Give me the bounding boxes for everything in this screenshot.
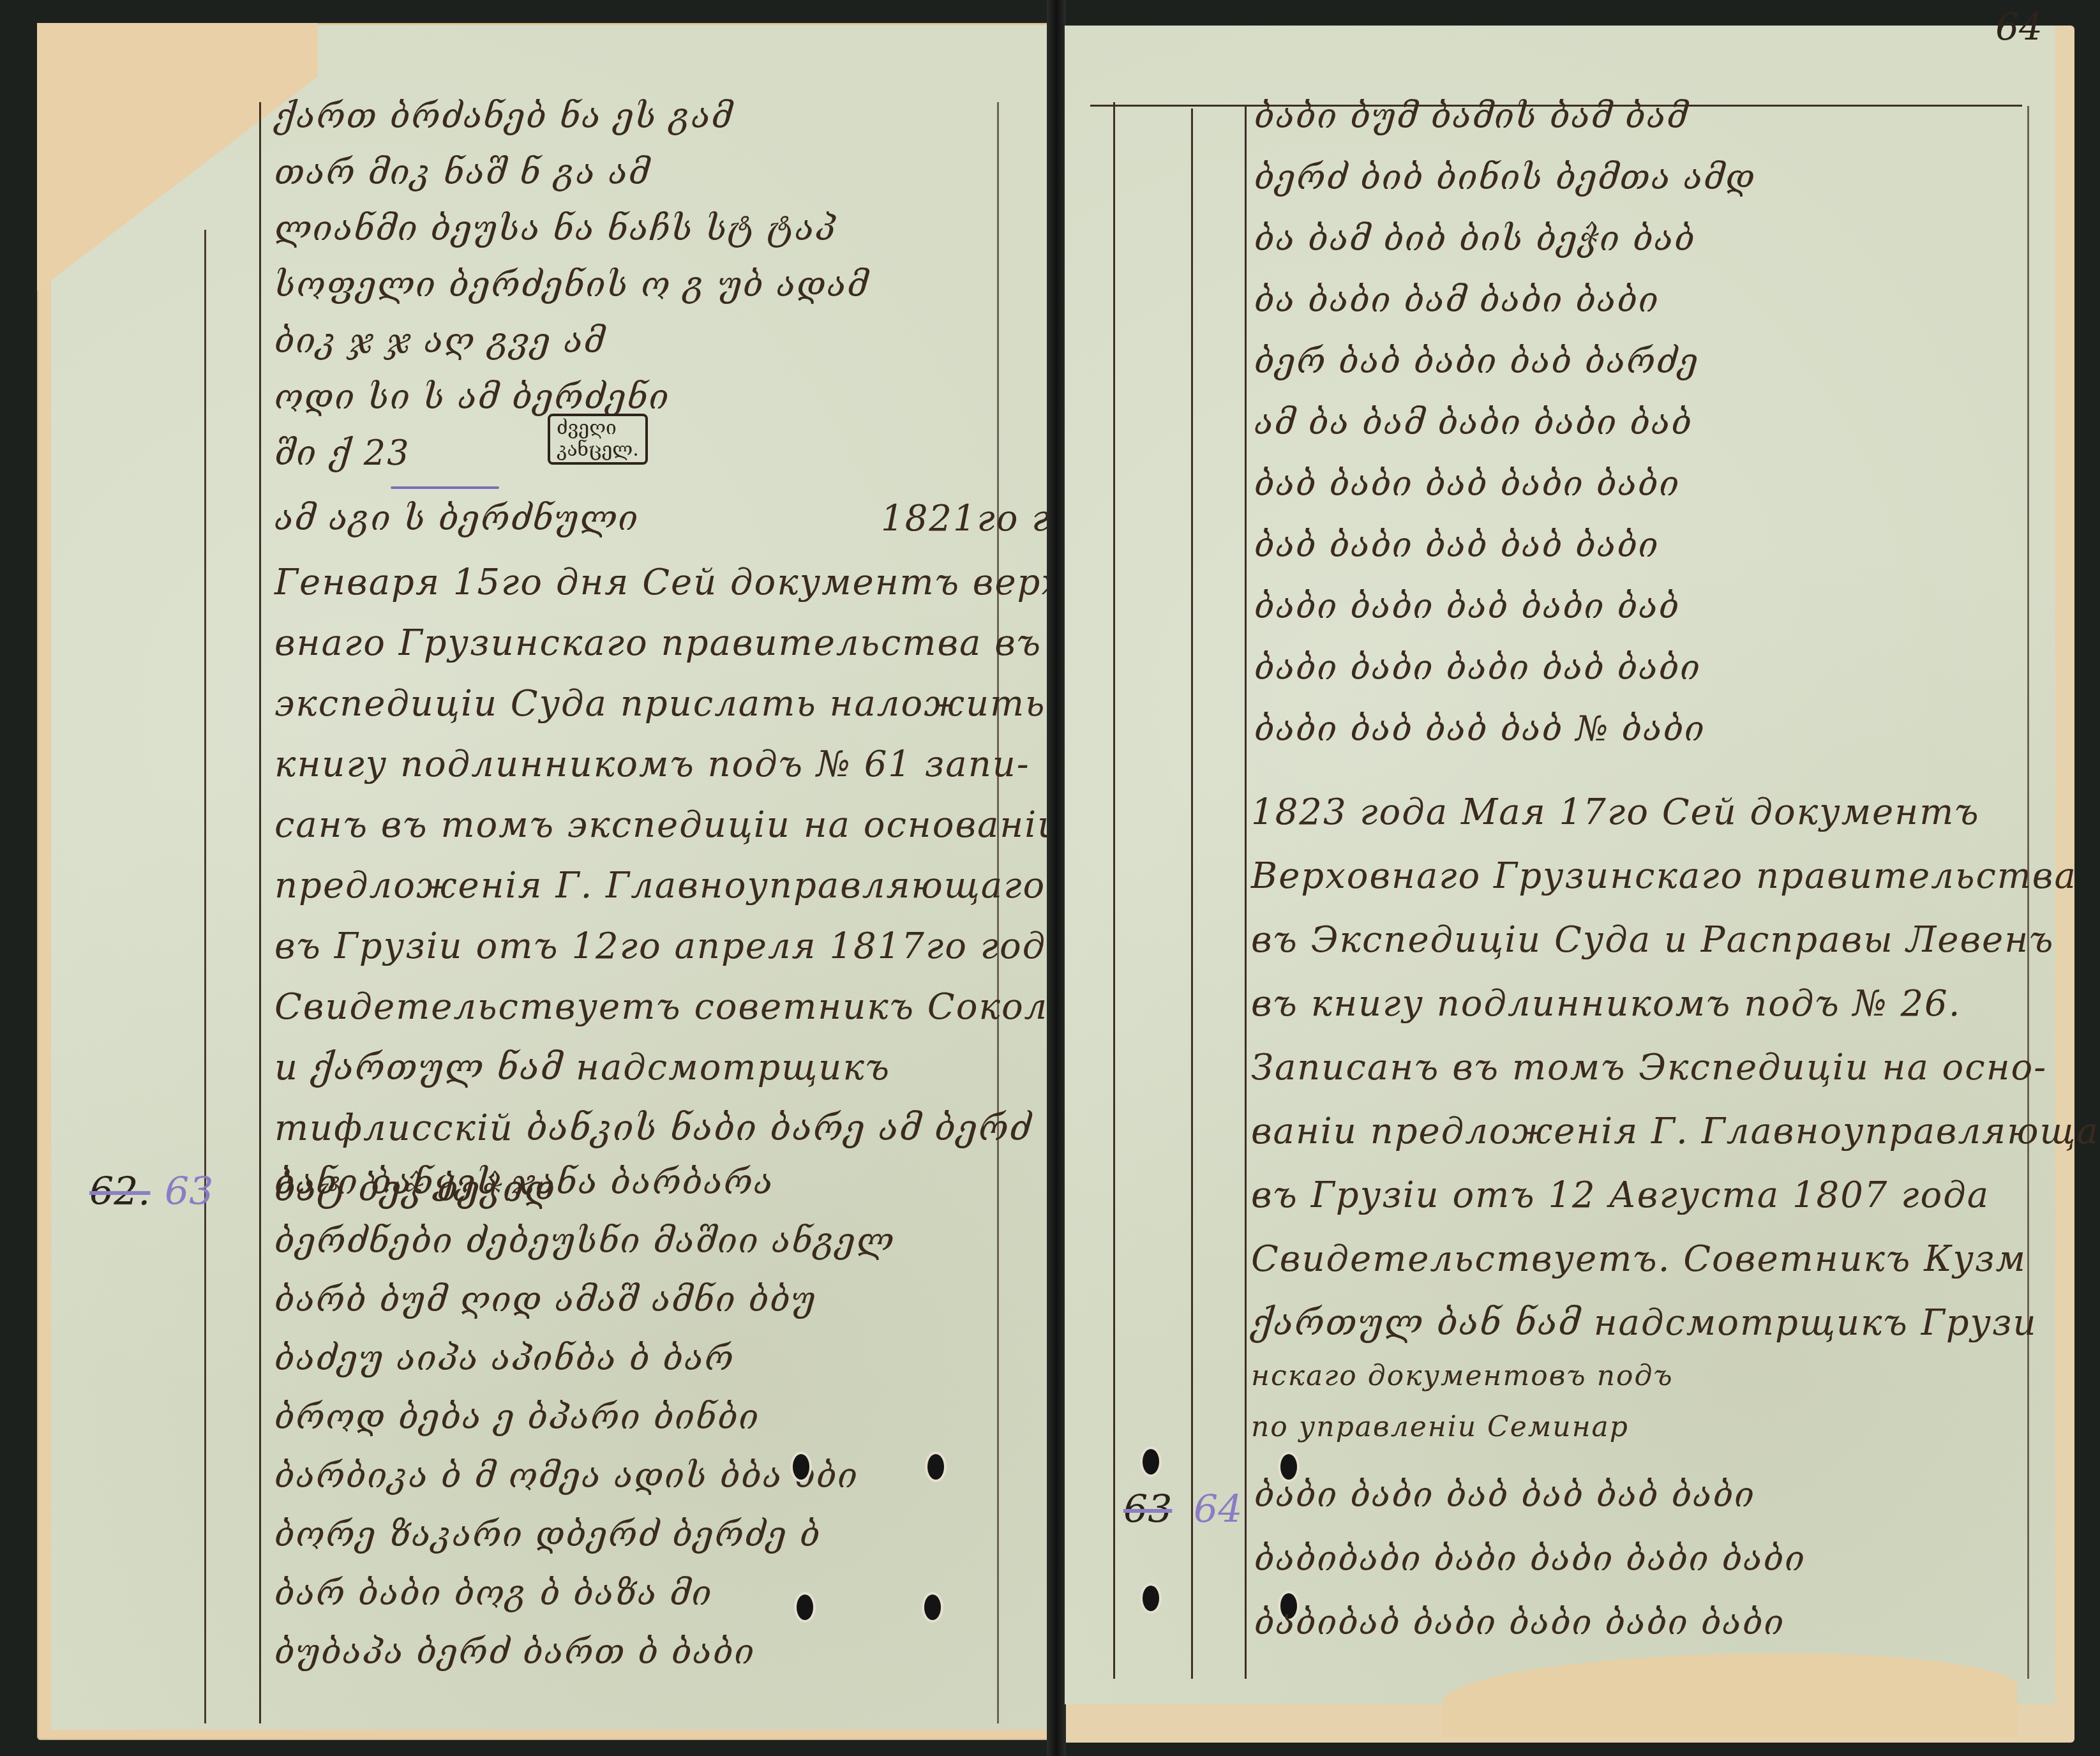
text-line: книгу подлинникомъ подъ № 61 запи- [274, 744, 1030, 785]
left-margin-rule-inner [204, 230, 206, 1723]
text-line: по управленіи Семинар [1251, 1411, 1629, 1443]
text-line: ბაძეუ აიპა აპინბა ბ ბარ [274, 1338, 735, 1378]
text-line: ბანი ბანყეს ჯანა ბარბარა [274, 1162, 774, 1202]
text-line: ოდი სი ს ამ ბერძენი [274, 377, 670, 417]
stamp-line: ძვეღი [557, 417, 639, 439]
text-line: Свидетельствуетъ советникъ Соколовъ [274, 986, 1118, 1028]
text-line: სოფელი ბერძენის ო გ უბ ადამ [274, 264, 869, 304]
binding-hole [927, 1454, 944, 1480]
text-line: ბერძნები ძებეუსნი მაშიი ანგელ [274, 1220, 895, 1261]
text-line: ბიკ ჯ ჯ აღ გვე ამ [274, 320, 606, 361]
violet-underline [391, 486, 499, 489]
text-line: ბუბაპა ბერძ ბართ ბ ბაბი [274, 1632, 755, 1672]
text-line-georgian: ამ აგი ს ბერძნული [274, 498, 639, 538]
text-line: ბერძ ბიბ ბინის ბემთა ამდ [1254, 157, 1756, 197]
text-line: ბორე ზაკარი დბერძ ბერძე ბ [274, 1514, 821, 1554]
text-line: ბარ ბაბი ბოგ ბ ბაზა მი [274, 1573, 713, 1613]
entry-number-new: 64 [1194, 1487, 1242, 1532]
left-margin-rule-outer [259, 102, 261, 1723]
text-line: Генваря 15го дня Сей документъ верхо- [274, 562, 1099, 603]
right-margin-rule-1 [1113, 102, 1115, 1679]
binding-hole [1143, 1586, 1159, 1611]
folio-number: 64 [1995, 5, 2043, 49]
text-line: Свидетельствуетъ. Советникъ Кузм [1251, 1238, 2027, 1280]
binding-hole [793, 1454, 809, 1480]
text-line: ქართულ ბან ნამ надсмотрщикъ Грузи [1251, 1302, 2037, 1344]
text-line: въ Грузіи отъ 12го апреля 1817го года [274, 926, 1069, 967]
text-line: и ქართულ ნამ надсмотрщикъ [274, 1047, 890, 1088]
text-line: ბარბიკა ბ მ ომეა ადის ბბა ბბი [274, 1455, 859, 1496]
text-line: ბაბ ბაბი ბაბ ბაბ ბაბი [1254, 525, 1660, 565]
text-line: въ Грузіи отъ 12 Августа 1807 года [1251, 1174, 1990, 1216]
binding-hole [797, 1595, 813, 1620]
text-line: ში ქ 23 [274, 433, 410, 473]
right-margin-rule-3 [1245, 106, 1247, 1679]
text-line: Верховнаго Грузинскаго правительства [1251, 855, 2077, 897]
binding-hole [1143, 1449, 1159, 1475]
text-line: ბაბი ბაბი ბაბ ბაბი ბაბ [1254, 586, 1680, 626]
text-line: въ Экспедиціи Суда и Расправы Левенъ [1251, 919, 2054, 961]
text-line: санъ въ томъ экспедиціи на основаніи [274, 804, 1061, 846]
text-line: въ книгу подлинникомъ подъ № 26. [1251, 983, 1961, 1024]
text-line: ბერ ბაბ ბაბი ბაბ ბარძე [1254, 341, 1699, 381]
text-line: ваніи предложенія Г. Главноуправляющаго [1251, 1111, 2100, 1152]
text-line: Записанъ въ томъ Экспедиціи на осно- [1251, 1047, 2047, 1088]
text-line: экспедиціи Суда прислать наложить въ [274, 683, 1106, 724]
stamp-line: კანცელ. [557, 439, 639, 461]
text-line: თარ მიკ ნაშ ნ გა ამ [274, 152, 650, 192]
text-line: ბაბი ბაბ ბაბ ბაბ № ბაბი [1254, 709, 1706, 749]
text-line: ბროდ ბება ე ბპარი ბინბი [274, 1397, 760, 1437]
text-line: нскаго документовъ подъ [1251, 1360, 1674, 1392]
text-line: ლიანმი ბეუსა ნა ნაჩს სტ ტაპ [274, 208, 836, 248]
text-line: ქართ ბრძანებ ნა ეს გამ [274, 96, 733, 136]
entry-number-old: 62. [89, 1169, 150, 1214]
entry-number-old: 63 [1123, 1487, 1172, 1532]
book-gutter [1047, 0, 1066, 1756]
text-line: ბა ბამ ბიბ ბის ბეჭი ბაბ [1254, 218, 1696, 259]
right-margin-rule-2 [1191, 109, 1193, 1679]
boxed-stamp: ძვეღი კანცელ. [548, 414, 648, 465]
text-line: ბაბ ბაბი ბაბ ბაბი ბაბი [1254, 463, 1680, 504]
text-line: внаго Грузинскаго правительства въ [274, 622, 1042, 664]
text-line: ბაბი ბაბი ბაბი ბაბ ბაბი [1254, 647, 1701, 687]
text-line: ბარბ ბუმ ღიდ ამაშ ამნი ბბუ [274, 1279, 816, 1319]
binding-hole [924, 1595, 941, 1620]
text-line: ბაბიბაბი ბაბი ბაბი ბაბი ბაბი [1254, 1538, 1806, 1579]
text-line: предложенія Г. Главноуправляющаго [274, 865, 1046, 906]
text-line: ბაბი ბაბი ბაბ ბაბ ბაბ ბაბი [1254, 1475, 1755, 1515]
text-line: ბაბიბაბ ბაბი ბაბი ბაბი ბაბი [1254, 1602, 1785, 1642]
entry-number-new: 63 [165, 1169, 213, 1214]
text-line: ამ ბა ბამ ბაბი ბაბი ბაბ [1254, 402, 1693, 442]
text-line: ბა ბაბი ბამ ბაბი ბაბი [1254, 280, 1660, 320]
text-line: тифлисскій ბანკის ნაბი ბარე ამ ბერძ [274, 1107, 1032, 1149]
text-line: 1823 года Мая 17го Сей документъ [1251, 792, 1980, 833]
left-right-rule [997, 102, 999, 1723]
text-line: ბაბი ბუმ ბამის ბამ ბამ [1254, 96, 1689, 136]
